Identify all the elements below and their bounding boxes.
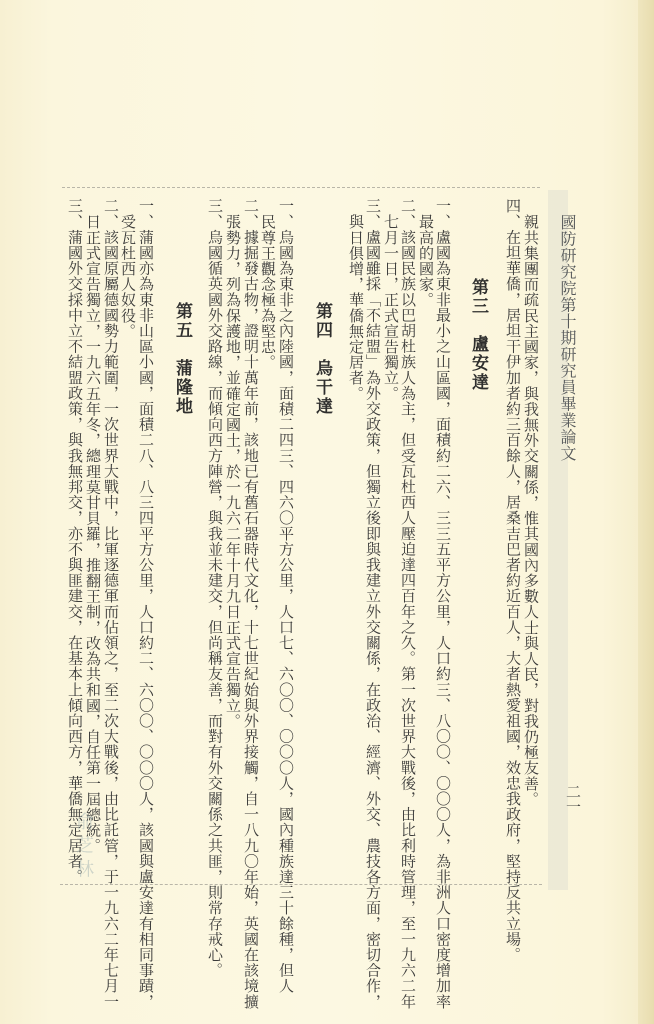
page-edge-shadow <box>638 0 654 1024</box>
section-heading-burundi: 第五 蒲隆地 <box>170 302 195 416</box>
list-item-2: 二、該國民族以巴胡杜族人為主，但受瓦杜西人壓迫達四百年之久。第一次世界大戰後，由… <box>399 198 416 1009</box>
top-border-rule <box>62 187 540 188</box>
list-item-2: 二、該國原屬德國勢力範圍，一次世界大戰中，比軍逐德軍而佔領之，至二次大戰後，由比… <box>102 198 119 1009</box>
list-item-1: 一、盧國為東非最小之山區國，面積約二六、三三五平方公里，人口約三、八〇〇、〇〇〇… <box>434 198 451 1009</box>
list-item-2: 二、據掘發古物，證明十萬年前，該地已有舊石器時代文化，十七世紀始與外界接觸，自一… <box>242 198 259 1009</box>
document-page: 國防研究院第十期研究員畢業論文 二一 親共集團而疏民主國家，與我無外交關係，惟其… <box>0 0 654 1024</box>
text-line: 民尊王觀念極為堅忠。 <box>259 214 276 370</box>
text-line: 受瓦杜西人奴役。 <box>119 214 136 339</box>
list-item-3: 三、盧國雖採「不結盟」為外交政策，但獨立後即與我建立外交關係，在政治、經濟、外交… <box>364 198 381 1009</box>
text-line: 日正式宣告獨立，一九六五年冬，總理莫甘貝羅，推翻王制，改為共和國，自任第一屆總統… <box>84 214 101 854</box>
section-heading-uganda: 第四 烏干達 <box>310 302 335 416</box>
text-line: 最高的國家。 <box>417 214 434 308</box>
text-line: 七月一日，正式宣告獨立。 <box>382 214 399 401</box>
faint-stamp: 俞 芝 林 <box>70 812 96 877</box>
list-item-3: 三、蒲國外交採中立不結盟政策，與我無邦交，亦不與匪建交，在基本上傾向西方，華僑無… <box>66 198 83 884</box>
section-heading-rwanda: 第三 盧安達 <box>466 278 491 392</box>
running-title: 國防研究院第十期研究員畢業論文 <box>556 214 579 462</box>
text-line: 張勢力，列為保護地，並確定國土，於一九六二年十月九日正式宣告獨立。 <box>224 214 241 729</box>
list-item-1: 一、蒲國亦為東非山區小國，面積二八、八三四平方公里，人口約二、六〇〇、〇〇〇人，… <box>137 198 154 1009</box>
list-item-1: 一、烏國為東非之內陸國，面積二四三、四六〇平方公里，人口七、六〇〇、〇〇〇人，國… <box>277 198 294 994</box>
text-line: 親共集團而疏民主國家，與我無外交關係，惟其國內多數人士與人民，對我仍極友善。 <box>522 214 539 807</box>
list-item-4: 四、在坦華僑，居坦干伊加者約三百餘人，居桑吉巴者約近百人，大者熱愛祖國，效忠我政… <box>504 198 521 962</box>
bottom-border-rule <box>60 884 542 885</box>
page-number: 二一 <box>563 784 584 814</box>
text-line: 與日俱增，華僑無定居者。 <box>347 214 364 401</box>
list-item-3: 三、烏國循英國外交路線，而傾向西方陣營，與我並未建交，但尚稱友善，而對有外交關係… <box>206 198 223 978</box>
